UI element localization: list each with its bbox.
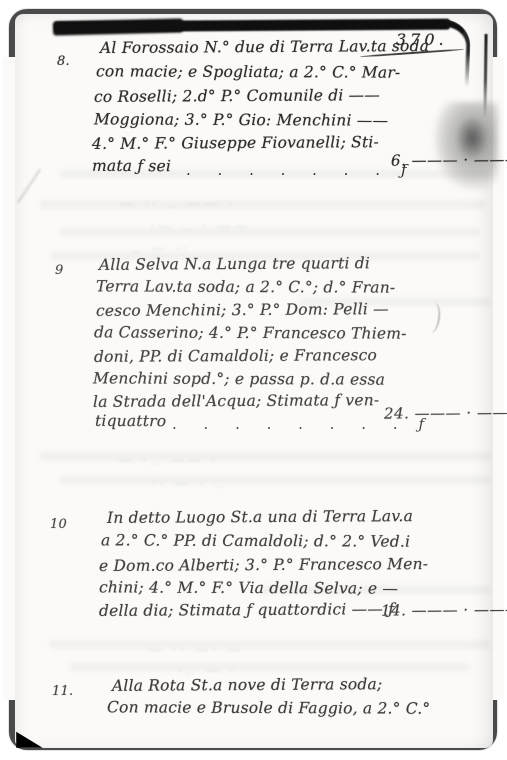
entry-amount: 6. ——— · ——— (391, 150, 507, 169)
manuscript-scan-view: — ·· ‥ —— ··— ‥ · ——‥ — ··— ·‥ —— ··· — … (0, 0, 507, 760)
handwritten-line: 4.° M.° F.° Giuseppe Fiovanelli; Sti- (92, 133, 379, 153)
scan-streak (40, 200, 485, 209)
handwritten-line: co Roselli; 2.d° P.° Comunile di —— (94, 86, 380, 106)
handwritten-line: doni, PP. di Camaldoli; e Francesco (94, 346, 377, 366)
handwritten-line: Al Forossaio N.° due di Terra Lav.ta sod… (100, 37, 429, 57)
scan-streak (50, 640, 490, 649)
handwritten-line: Terra Lav.ta soda; a 2.° C.°; d.° Fran- (96, 277, 395, 296)
leader-dots: . . . . . . . (186, 161, 391, 179)
handwritten-line: Moggiona; 3.° P.° Gio: Menchini —— (94, 110, 388, 129)
handwritten-line: cesco Menchini; 3.° P.° Dom: Pelli — (96, 300, 389, 320)
handwritten-line: mata ƒ sei (92, 157, 171, 175)
handwritten-line: In detto Luogo St.a una di Terra Lav.a (107, 507, 413, 527)
scan-streak (70, 663, 470, 671)
handwritten-line: da Casserino; 4.° P.° Francesco Thiem- (94, 323, 407, 342)
bleed-through-smudge: ·— ‥ · —— (150, 219, 251, 235)
handwritten-line: e Dom.co Alberti; 3.° P.° Francesco Men- (99, 555, 428, 575)
dotted-leader: . . . . . . .ƒ (186, 160, 407, 179)
entry-number: 9 (55, 263, 63, 278)
handwritten-line: a 2.° C.° PP. di Camaldoli; d.° 2.° Ved.… (101, 531, 410, 550)
scan-streak (60, 476, 490, 484)
bleed-through-smudge: — ·‥ —— · (118, 453, 219, 469)
handwritten-line: chini; 4.° M.° F.° Via della Selva; e — (99, 578, 398, 597)
entry-number: 8. (57, 54, 70, 69)
entry-amount: 24. ——— · ——— (384, 403, 507, 422)
scan-streak (60, 228, 480, 236)
handwritten-line: Menchini sopd.°; e passa p. d.a essa (93, 369, 385, 388)
entry-number: 11. (52, 684, 73, 699)
bleed-through-smudge: — ·· ‥ —— · (120, 196, 236, 212)
leader-dots: . . . . . . . . (172, 415, 409, 433)
handwritten-line: tiquattro (95, 412, 166, 430)
scan-streak (40, 452, 490, 461)
bleed-through-smudge: — ·· —· — (148, 642, 244, 658)
handwritten-line: della dia; Stimata ƒ quattordici —— ƒ (99, 600, 394, 620)
handwritten-line: con macie; e Spogliata; a 2.° C.° Mar- (96, 62, 400, 81)
handwritten-line: Alla Rota St.a nove di Terra soda; (112, 675, 382, 695)
bleed-through-smudge: ·· — · ‥ (152, 476, 226, 492)
handwritten-line: Alla Selva N.a Lunga tre quarti di (99, 254, 370, 274)
handwritten-line: la Strada dell'Acqua; Stimata ƒ ven- (93, 391, 379, 411)
entry-amount: 14. ——— · ——— (381, 600, 507, 619)
handwritten-line: Con macie e Brusole di Faggio, a 2.° C.° (107, 698, 430, 717)
entry-number: 10 (50, 517, 67, 532)
